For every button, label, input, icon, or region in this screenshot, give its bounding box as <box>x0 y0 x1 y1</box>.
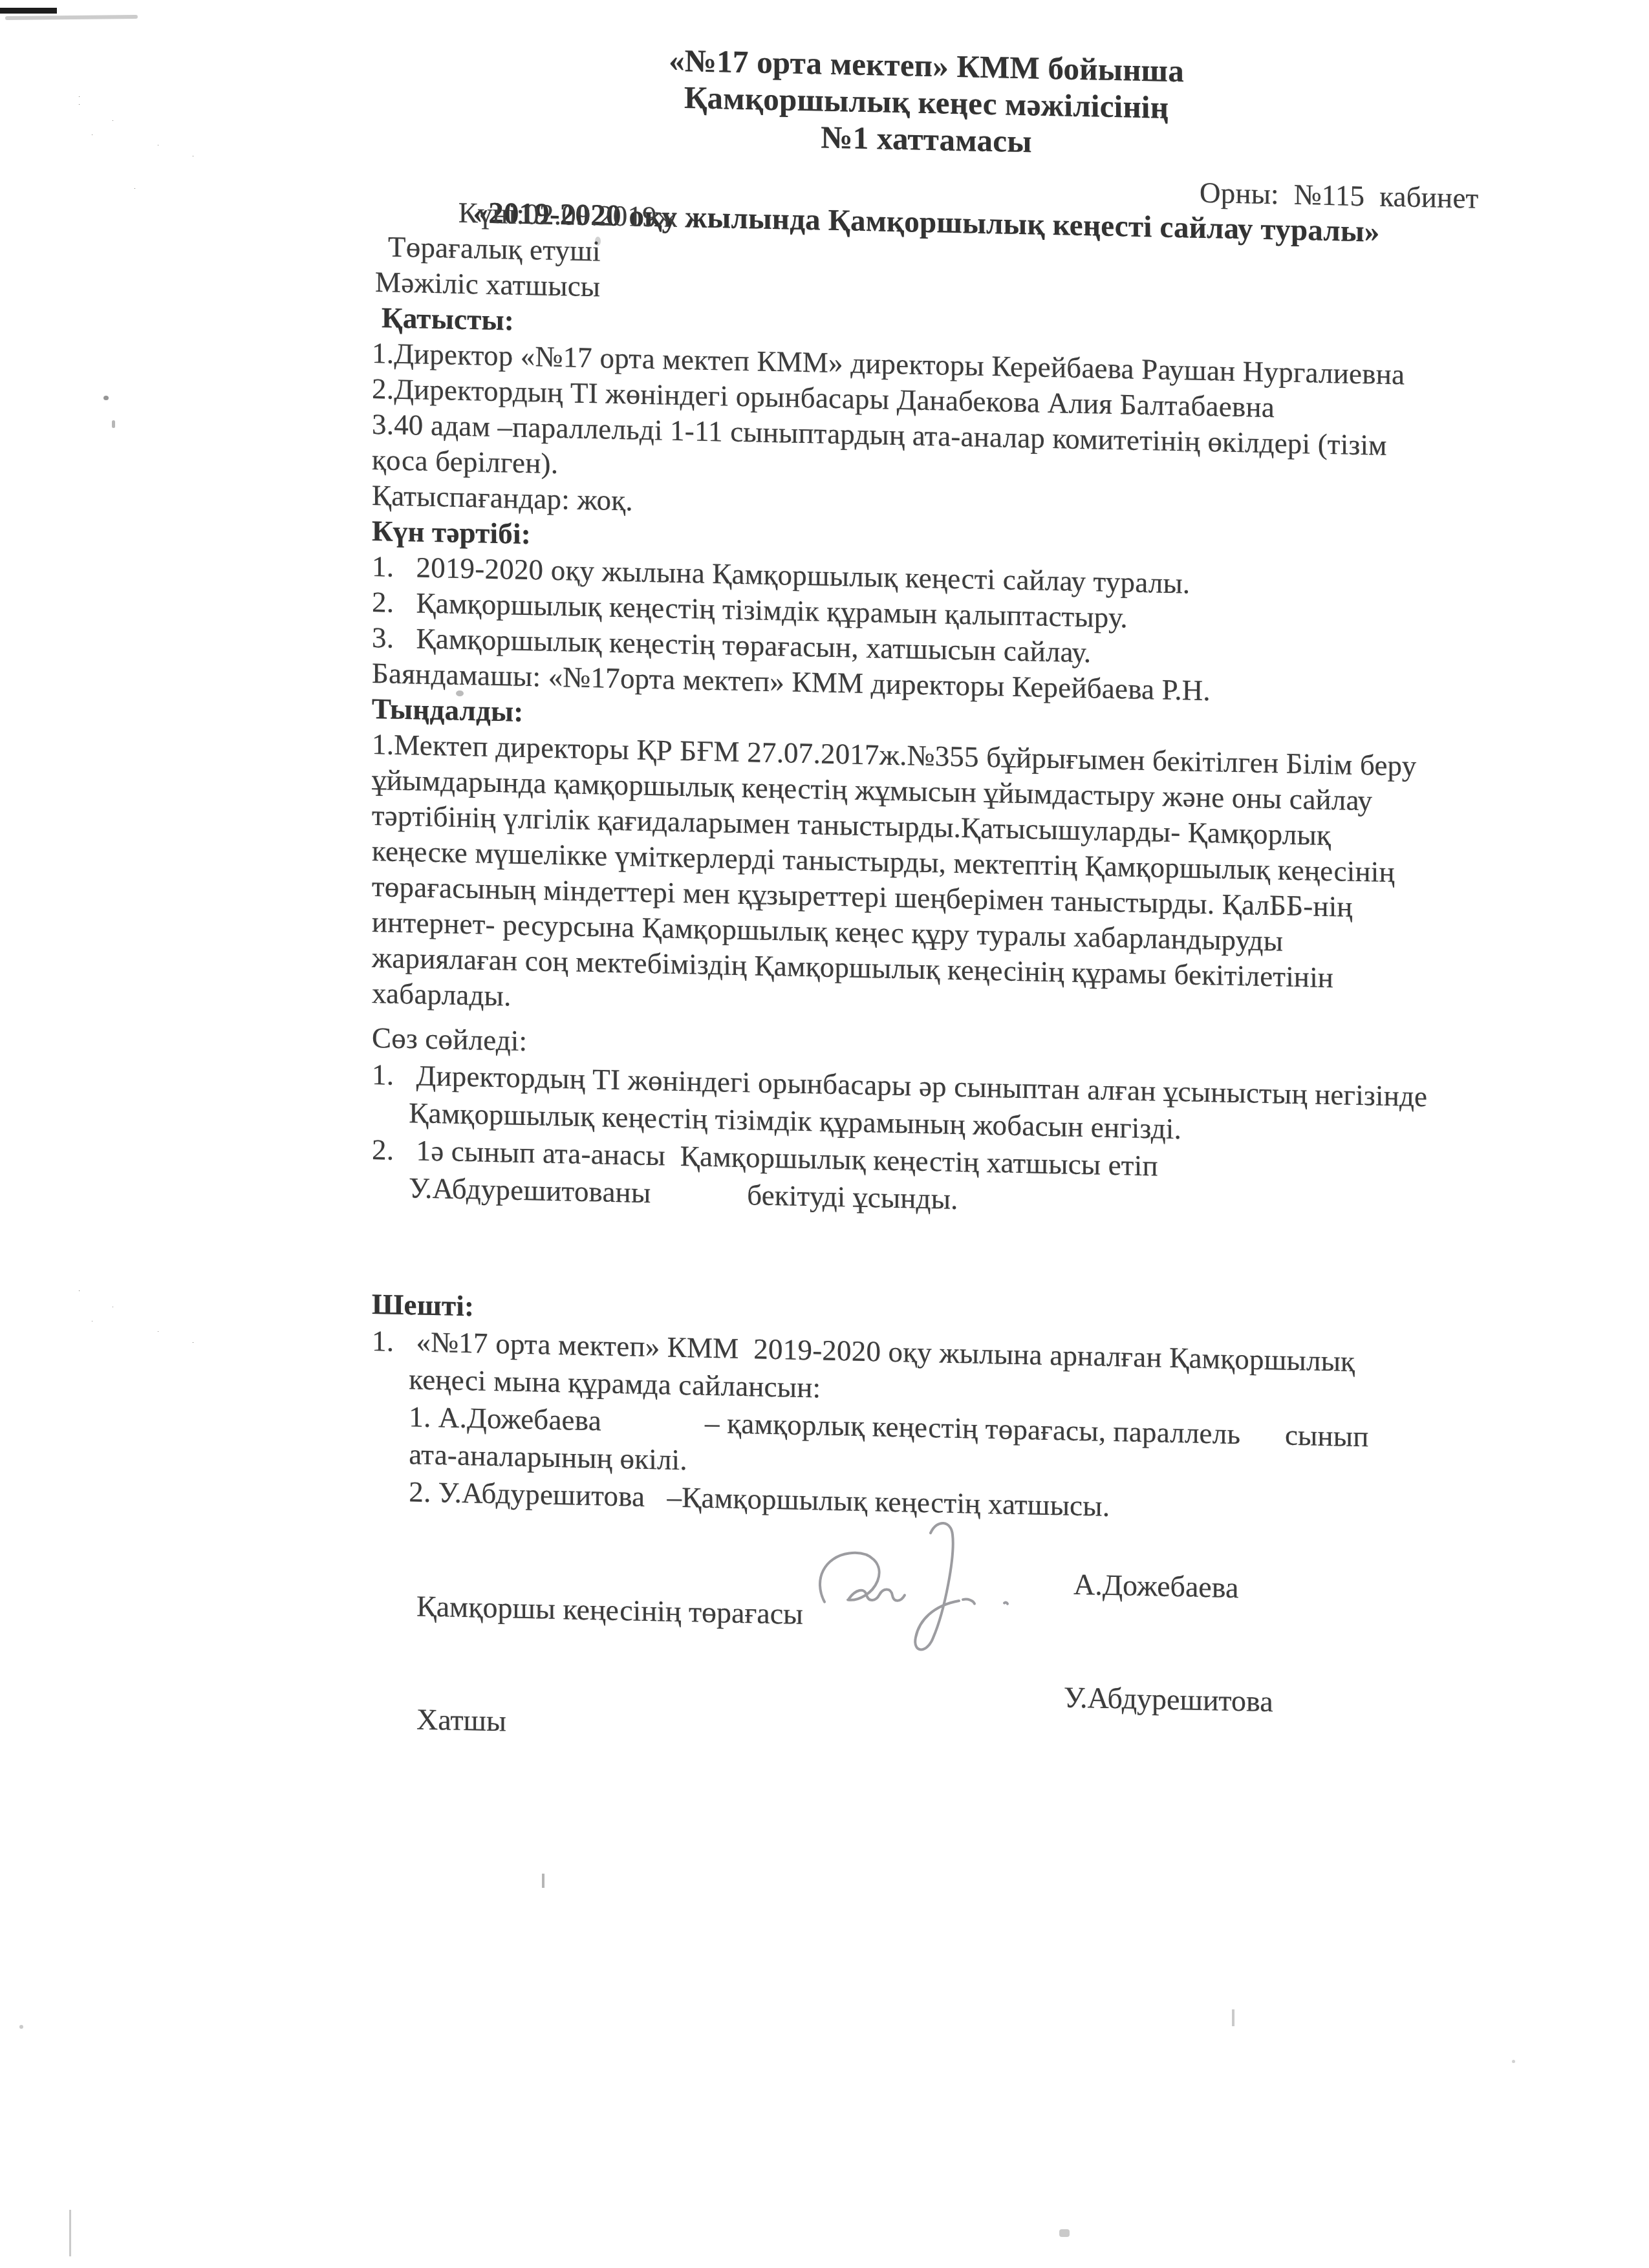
scan-speck <box>19 2025 23 2029</box>
chair-signature-label: Қамқоршы кеңесінің төрағасы <box>416 1589 803 1631</box>
secretary-signature-label: Хатшы <box>416 1702 506 1737</box>
scan-speck <box>1232 2009 1234 2026</box>
meeting-date: Күні:02.09.2019ж <box>416 195 677 233</box>
scan-noise-blob-top <box>52 10 336 255</box>
scan-speck <box>542 1874 544 1888</box>
handwritten-signature-icon <box>799 1511 1057 1671</box>
scanned-document-page: «№17 орта мектеп» КММ бойынша Қамқоршылы… <box>0 0 1649 2268</box>
scan-speck <box>1059 2229 1070 2237</box>
scan-noise-blob-middle <box>52 1196 239 1374</box>
secretary-signature-row: Хатшы У.Абдурешитова <box>372 1665 1600 1726</box>
meeting-place: Орны: №115 кабинет <box>1200 175 1478 217</box>
chair-signature-name: А.Дожебаева <box>1073 1567 1238 1605</box>
scan-speck <box>1512 2060 1515 2063</box>
document-content: «№17 орта мектеп» КММ бойынша Қамқоршылы… <box>372 36 1600 1726</box>
scan-speck <box>112 420 115 428</box>
scan-edge-bar <box>0 8 57 14</box>
scan-speck <box>103 396 109 400</box>
secretary-signature-name: У.Абдурешитова <box>1064 1679 1273 1719</box>
scan-speck <box>69 2210 71 2256</box>
